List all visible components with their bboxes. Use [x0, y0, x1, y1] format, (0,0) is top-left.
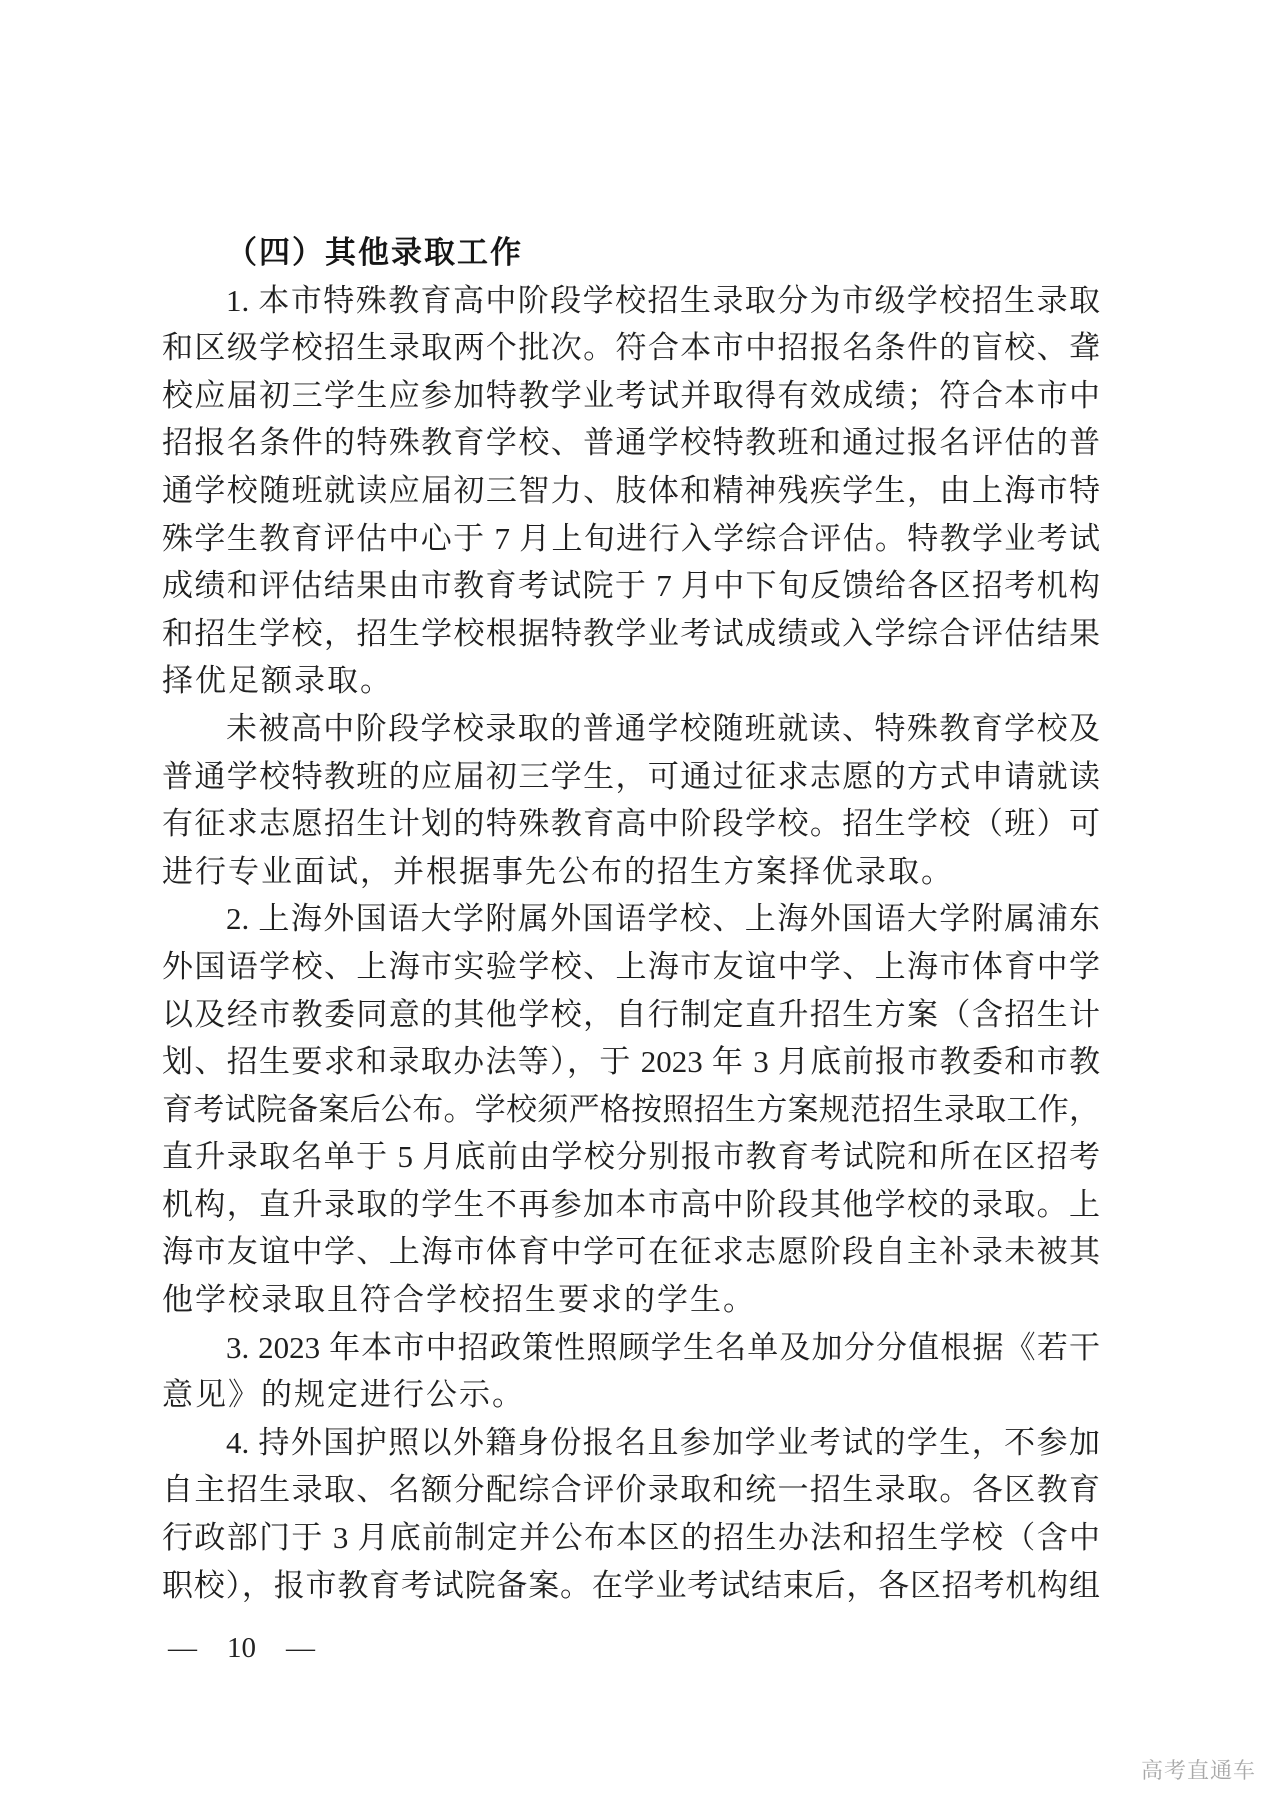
document-line: 以及经市教委同意的其他学校，自行制定直升招生方案（含招生计: [162, 991, 1100, 1039]
document-line: 职校），报市教育考试院备案。在学业考试结束后，各区招考机构组: [162, 1562, 1100, 1610]
document-line: 行政部门于 3 月底前制定并公布本区的招生办法和招生学校（含中: [162, 1514, 1100, 1562]
document-line: 和招生学校，招生学校根据特教学业考试成绩或入学综合评估结果: [162, 610, 1100, 658]
document-line: 外国语学校、上海市实验学校、上海市友谊中学、上海市体育中学: [162, 943, 1100, 991]
page-footer: — 10 —: [168, 1632, 315, 1665]
document-page: （四）其他录取工作1. 本市特殊教育高中阶段学校招生录取分为市级学校招生录取和区…: [0, 0, 1280, 1810]
document-line: 未被高中阶段学校录取的普通学校随班就读、特殊教育学校及: [162, 705, 1100, 753]
document-line: 进行专业面试，并根据事先公布的招生方案择优录取。: [162, 848, 1100, 896]
document-line: 校应届初三学生应参加特教学业考试并取得有效成绩；符合本市中: [162, 372, 1100, 420]
footer-right-dash: —: [286, 1632, 315, 1665]
document-line: 有征求志愿招生计划的特殊教育高中阶段学校。招生学校（班）可: [162, 800, 1100, 848]
document-line: 成绩和评估结果由市教育考试院于 7 月中下旬反馈给各区招考机构: [162, 562, 1100, 610]
document-line: 2. 上海外国语大学附属外国语学校、上海外国语大学附属浦东: [162, 895, 1100, 943]
document-line: 划、招生要求和录取办法等），于 2023 年 3 月底前报市教委和市教: [162, 1038, 1100, 1086]
document-line: 殊学生教育评估中心于 7 月上旬进行入学综合评估。特教学业考试: [162, 515, 1100, 563]
document-line: 4. 持外国护照以外籍身份报名且参加学业考试的学生，不参加: [162, 1419, 1100, 1467]
page-number: 10: [227, 1632, 256, 1665]
section-heading: （四）其他录取工作: [162, 229, 1100, 277]
document-line: 1. 本市特殊教育高中阶段学校招生录取分为市级学校招生录取: [162, 277, 1100, 325]
document-line: 通学校随班就读应届初三智力、肢体和精神残疾学生，由上海市特: [162, 467, 1100, 515]
document-line: 和区级学校招生录取两个批次。符合本市中招报名条件的盲校、聋: [162, 324, 1100, 372]
document-line: 普通学校特教班的应届初三学生，可通过征求志愿的方式申请就读: [162, 753, 1100, 801]
document-line: 机构，直升录取的学生不再参加本市高中阶段其他学校的录取。上: [162, 1181, 1100, 1229]
watermark-text: 高考直通车: [1141, 1754, 1256, 1785]
document-line: 育考试院备案后公布。学校须严格按照招生方案规范招生录取工作，: [162, 1086, 1100, 1134]
document-line: 海市友谊中学、上海市体育中学可在征求志愿阶段自主补录未被其: [162, 1228, 1100, 1276]
document-line: 择优足额录取。: [162, 657, 1100, 705]
document-line: 自主招生录取、名额分配综合评价录取和统一招生录取。各区教育: [162, 1466, 1100, 1514]
document-line: 直升录取名单于 5 月底前由学校分别报市教育考试院和所在区招考: [162, 1133, 1100, 1181]
document-body: （四）其他录取工作1. 本市特殊教育高中阶段学校招生录取分为市级学校招生录取和区…: [162, 229, 1100, 1609]
document-line: 招报名条件的特殊教育学校、普通学校特教班和通过报名评估的普: [162, 419, 1100, 467]
document-line: 3. 2023 年本市中招政策性照顾学生名单及加分分值根据《若干: [162, 1324, 1100, 1372]
document-line: 意见》的规定进行公示。: [162, 1371, 1100, 1419]
footer-left-dash: —: [168, 1632, 197, 1665]
document-line: 他学校录取且符合学校招生要求的学生。: [162, 1276, 1100, 1324]
